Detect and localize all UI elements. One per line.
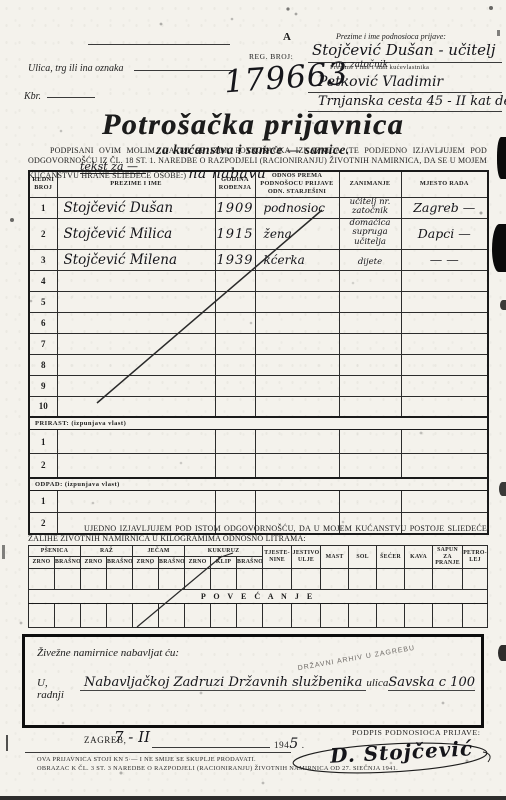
relation: žena: [264, 227, 292, 241]
household-row: 9: [29, 375, 488, 396]
supplies-data-row: [29, 603, 488, 627]
prirast-row: 1: [29, 430, 488, 454]
workplace: Zagreb —: [413, 200, 475, 215]
landlord-label: Prezime i ime i stan kućevlastnika: [330, 64, 429, 71]
col-prezime-ime: PREZIME I IME: [57, 171, 215, 197]
col-raz: RAŽ: [81, 546, 133, 557]
scan-blotch: [498, 645, 506, 661]
workplace: Dapci —: [418, 226, 471, 241]
col-redni-broj: REDNI BROJ: [29, 171, 57, 197]
workplace: — —: [430, 252, 459, 267]
col-jestivo-ulje: JESTIVO ULJE: [292, 546, 321, 569]
household-row: 10: [29, 396, 488, 417]
relation: kćerka: [264, 253, 305, 267]
household-row: 2 Stojčević Milica 1915 žena domaćica su…: [29, 218, 488, 249]
household-row: 8: [29, 354, 488, 375]
purchase-intro: Živežne namirnice nabavljat ću:: [37, 647, 179, 659]
prirast-row: 2: [29, 454, 488, 478]
kbr-field: Kbr.: [24, 86, 41, 104]
scan-blotch: [489, 6, 493, 10]
blank-line: [88, 44, 230, 45]
scanned-form-page: Ulica, trg ili ina oznaka Kbr. A REG. BR…: [0, 0, 506, 800]
household-row: 3 Stojčević Milena 1939 kćerka dijete — …: [29, 249, 488, 270]
footer-rule: [25, 752, 291, 753]
person-name: Stojčević Dušan: [64, 200, 174, 216]
street-field: Ulica, trg ili ina oznaka: [28, 58, 123, 76]
purchase-box: Živežne namirnice nabavljat ću: U, radnj…: [22, 634, 484, 728]
person-name: Stojčević Milica: [64, 226, 173, 242]
street-label: Ulica, trg ili ina oznaka: [28, 63, 123, 74]
street-blank-line: [134, 70, 234, 71]
footnote-1: OVA PRIJAVNICA STOJI KN 5·— I NE SMIJE S…: [37, 756, 256, 763]
col-tjestenine: TJESTE-NINE: [263, 546, 292, 569]
birth-year: 1939: [216, 253, 253, 268]
col-psenica: PŠENICA: [29, 546, 81, 557]
col-secer: ŠEĆER: [377, 546, 405, 569]
scan-noise: [0, 0, 2, 2]
col-godina: GODINA ROĐENJA: [215, 171, 255, 197]
col-odnos: ODNOS PREMA PODNOŠOCU PRIJAVE ODN. STARJ…: [255, 171, 339, 197]
birth-year: 1909: [216, 201, 253, 216]
povecanje-row: P O V E Ć A N J E: [29, 589, 488, 603]
form-title: Potrošačka prijavnica: [0, 108, 506, 142]
supplies-group-header: PŠENICA RAŽ JEČAM KUKURUZ TJESTE-NINE JE…: [29, 546, 488, 557]
col-kukuruz: KUKURUZ: [185, 546, 263, 557]
applicant-label: Prezime i ime podnosioca prijave:: [336, 32, 446, 41]
col-mjesto-rada: MJESTO RADA: [401, 171, 488, 197]
applicant-value: Stojčević Dušan - učitelj: [312, 41, 496, 59]
person-name: Stojčević Milena: [64, 252, 178, 268]
household-row: 6: [29, 312, 488, 333]
household-table: REDNI BROJ PREZIME I IME GODINA ROĐENJA …: [28, 170, 489, 535]
ulica-label: ulica: [366, 677, 388, 689]
kbr-label: Kbr.: [24, 91, 41, 102]
household-row: 5: [29, 291, 488, 312]
prirast-header: PRIRAST: (izpunjava vlast): [29, 417, 488, 430]
col-sapun: SAPUN ZA PRANJE: [433, 546, 463, 569]
archive-stamp: DRŽAVNI ARHIV U ZAGREBU: [297, 645, 415, 673]
landlord-value: Petković Vladimir: [318, 74, 443, 90]
scan-blotch: [492, 224, 506, 272]
date-blank-line: [152, 747, 270, 748]
ulica-value: Savska c 100: [388, 675, 475, 691]
odpad-row: 1: [29, 490, 488, 512]
scan-blotch: [497, 30, 500, 36]
scan-blotch: [499, 482, 506, 496]
col-jecam: JEČAM: [133, 546, 185, 557]
household-header-row: REDNI BROJ PREZIME I IME GODINA ROĐENJA …: [29, 171, 488, 197]
landlord-line: [308, 92, 502, 93]
col-zanimanje: ZANIMANJE: [339, 171, 401, 197]
birth-year: 1915: [216, 227, 253, 242]
occupation: dijete: [358, 258, 382, 267]
col-sol: SOL: [349, 546, 377, 569]
footnote-2: OBRAZAC K ČL. 3 ST. 3 NAREDBE O RAZPODJE…: [37, 765, 398, 772]
address-value: Trnjanska cesta 45 - II kat des: [318, 94, 506, 109]
col-petrolej: PETRO-LEJ: [463, 546, 488, 569]
col-mast: MAST: [321, 546, 349, 569]
scan-bottom-edge: [0, 796, 506, 800]
purchase-line: U, radnji Nabavljačkoj Zadruzi Državnih …: [37, 675, 475, 701]
section-a-marker: A: [283, 31, 291, 43]
supplies-intro: UJEDNO IZJAVLJUJEM POD ISTOM ODGOVORNOŠĆ…: [28, 524, 487, 544]
supplies-table: PŠENICA RAŽ JEČAM KUKURUZ TJESTE-NINE JE…: [28, 545, 488, 628]
occupation: domaćica supruga učitelja: [340, 219, 401, 247]
household-row: 1 Stojčević Dušan 1909 podnosioc učitelj…: [29, 197, 488, 218]
occupation: učitelj nr. zatočnik: [340, 198, 401, 217]
scan-blotch: [2, 545, 5, 559]
radnji-value: Nabavljačkoj Zadruzi Državnih službenika: [80, 675, 366, 691]
household-row: 7: [29, 333, 488, 354]
household-row: 4: [29, 270, 488, 291]
supplies-data-row: [29, 568, 488, 589]
odpad-header: ODPAD: (izpunjava vlast): [29, 478, 488, 491]
scan-blotch: [6, 735, 8, 751]
col-kava: KAVA: [405, 546, 433, 569]
date-handwritten: 7 - II: [114, 728, 150, 746]
year-prefix: 194: [274, 740, 289, 750]
scan-blotch: [500, 300, 506, 310]
scan-blotch: [497, 137, 506, 179]
kbr-blank-line: [47, 97, 95, 98]
scan-blotch: [10, 218, 14, 222]
relation: podnosioc: [264, 201, 325, 215]
radnji-label: U, radnji: [37, 677, 77, 701]
